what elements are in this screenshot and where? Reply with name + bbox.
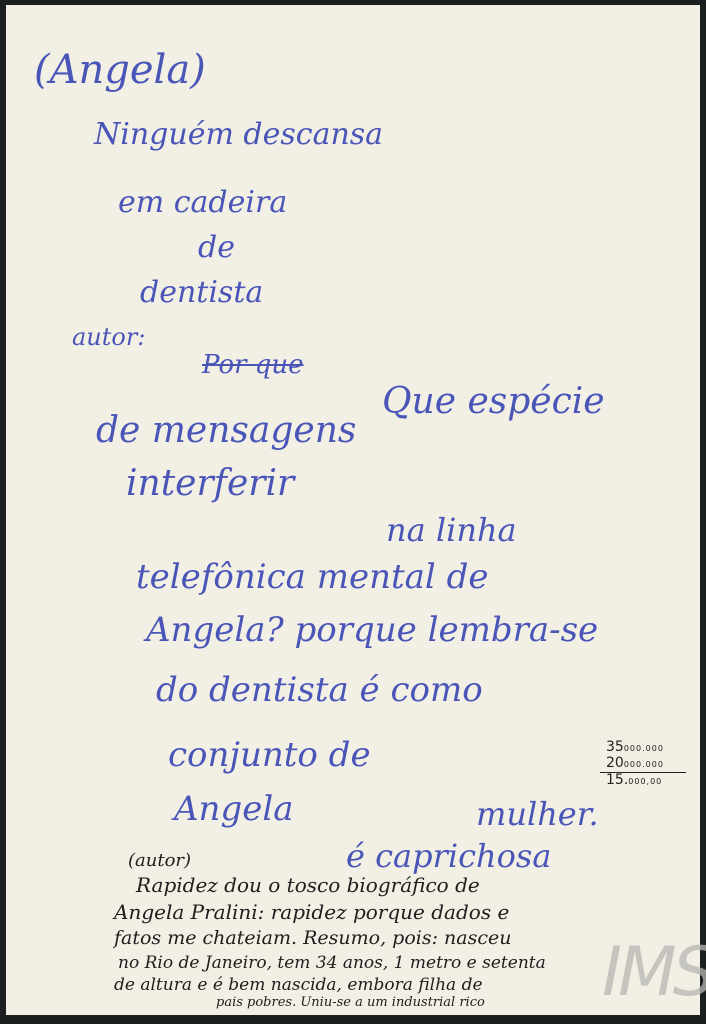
- black-ink-line: de altura e é bem nascida, embora filha …: [114, 975, 483, 995]
- calc-minuend: 35: [606, 739, 624, 755]
- handwritten-line: é caprichosa: [346, 837, 551, 875]
- speaker-autor-label-black: (autor): [128, 850, 191, 871]
- handwritten-line: mulher.: [476, 795, 599, 833]
- ims-watermark-logo: IMS: [602, 933, 706, 1012]
- handwritten-line: do dentista é como: [156, 670, 483, 710]
- struck-out-text: Por que: [202, 350, 304, 380]
- black-ink-line: Angela Pralini: rapidez porque dados e: [114, 900, 509, 924]
- handwritten-line: Angela? porque lembra-se: [146, 610, 598, 650]
- handwritten-line: de: [198, 230, 235, 265]
- black-ink-line: Rapidez dou o tosco biográfico de: [136, 873, 480, 897]
- handwritten-line: de mensagens: [96, 410, 356, 451]
- manuscript-page: (Angela) Ninguém descansa em cadeira de …: [6, 5, 700, 1015]
- black-ink-line: fatos me chateiam. Resumo, pois: nasceu: [114, 927, 512, 949]
- speaker-angela-label: (Angela): [34, 47, 206, 93]
- handwritten-line: em cadeira: [118, 185, 287, 220]
- handwritten-line: interferir: [126, 463, 294, 504]
- speaker-autor-label: autor:: [72, 323, 145, 351]
- calc-result: 15.: [606, 772, 628, 788]
- handwritten-line: conjunto de: [168, 735, 371, 775]
- handwritten-line: telefônica mental de: [136, 557, 488, 597]
- black-ink-line: no Rio de Janeiro, tem 34 anos, 1 metro …: [118, 953, 546, 973]
- handwritten-line: dentista: [140, 275, 263, 310]
- handwritten-line: Que espécie: [382, 381, 605, 422]
- black-ink-line: pais pobres. Uniu-se a um industrial ric…: [216, 995, 485, 1010]
- calc-subtrahend: 20: [606, 755, 624, 771]
- subtraction-calculation: 35000.000 20000.000 15.000,00: [606, 740, 686, 789]
- handwritten-line: na linha: [386, 511, 517, 549]
- handwritten-line: Ninguém descansa: [94, 117, 383, 152]
- handwritten-line: Angela: [174, 789, 293, 829]
